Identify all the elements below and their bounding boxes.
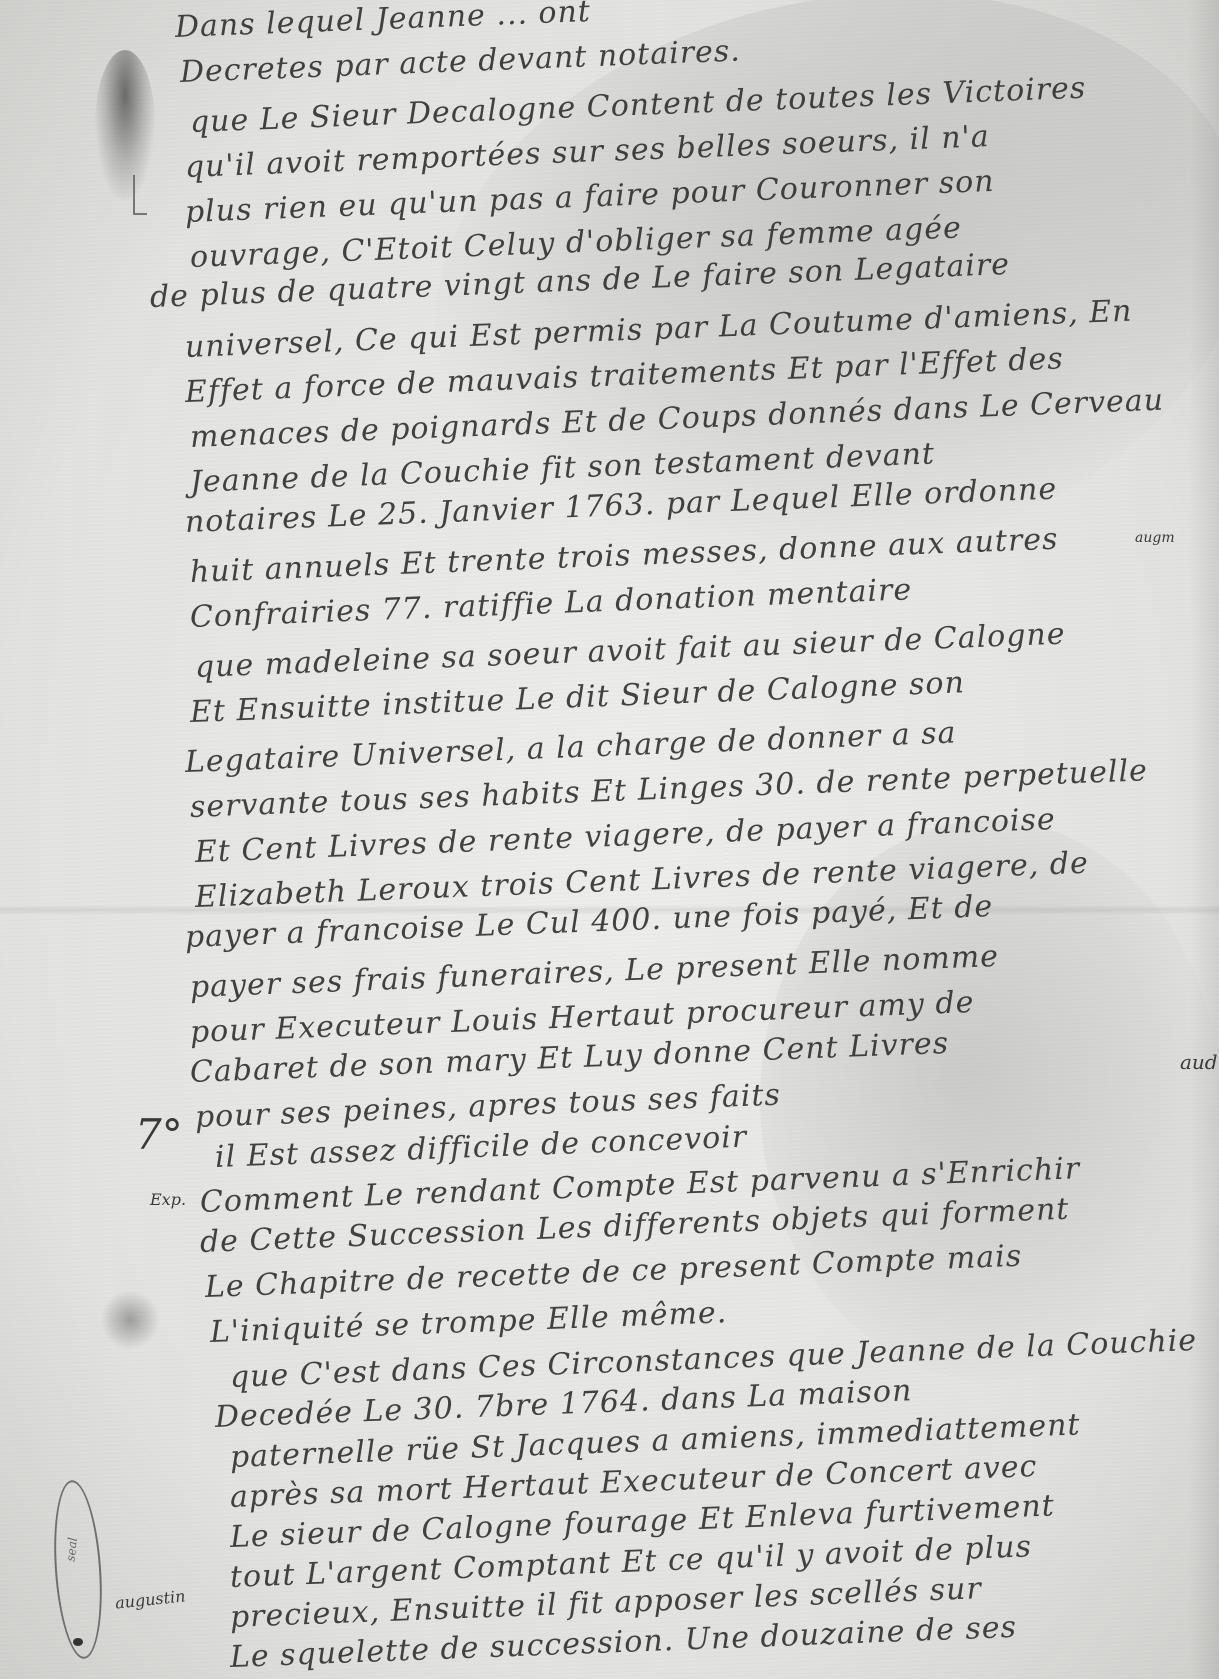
seal-stamp: seal (49, 1479, 107, 1661)
manuscript-page: Dans lequel Jeanne ... ont Decretes par … (0, 0, 1219, 1679)
page-edge-shadow (1189, 0, 1219, 1679)
margin-note-left: Exp. (150, 1190, 186, 1209)
margin-note-left: augustin (114, 1586, 186, 1612)
ink-dot (73, 1638, 83, 1646)
ink-blot (95, 50, 155, 200)
ink-blot (100, 1290, 160, 1350)
margin-note-right: augm (1135, 530, 1175, 546)
text-line: Decretes par acte devant notaires. (179, 33, 741, 90)
margin-note-right: aud (1180, 1050, 1218, 1074)
text-line: Dans lequel Jeanne ... ont (174, 0, 591, 45)
margin-mark (133, 213, 147, 215)
text-line: L'iniquité se trompe Elle même. (209, 1295, 728, 1350)
seal-text: seal (63, 1537, 79, 1563)
margin-mark (133, 175, 135, 215)
item-number: 7° (135, 1110, 183, 1159)
